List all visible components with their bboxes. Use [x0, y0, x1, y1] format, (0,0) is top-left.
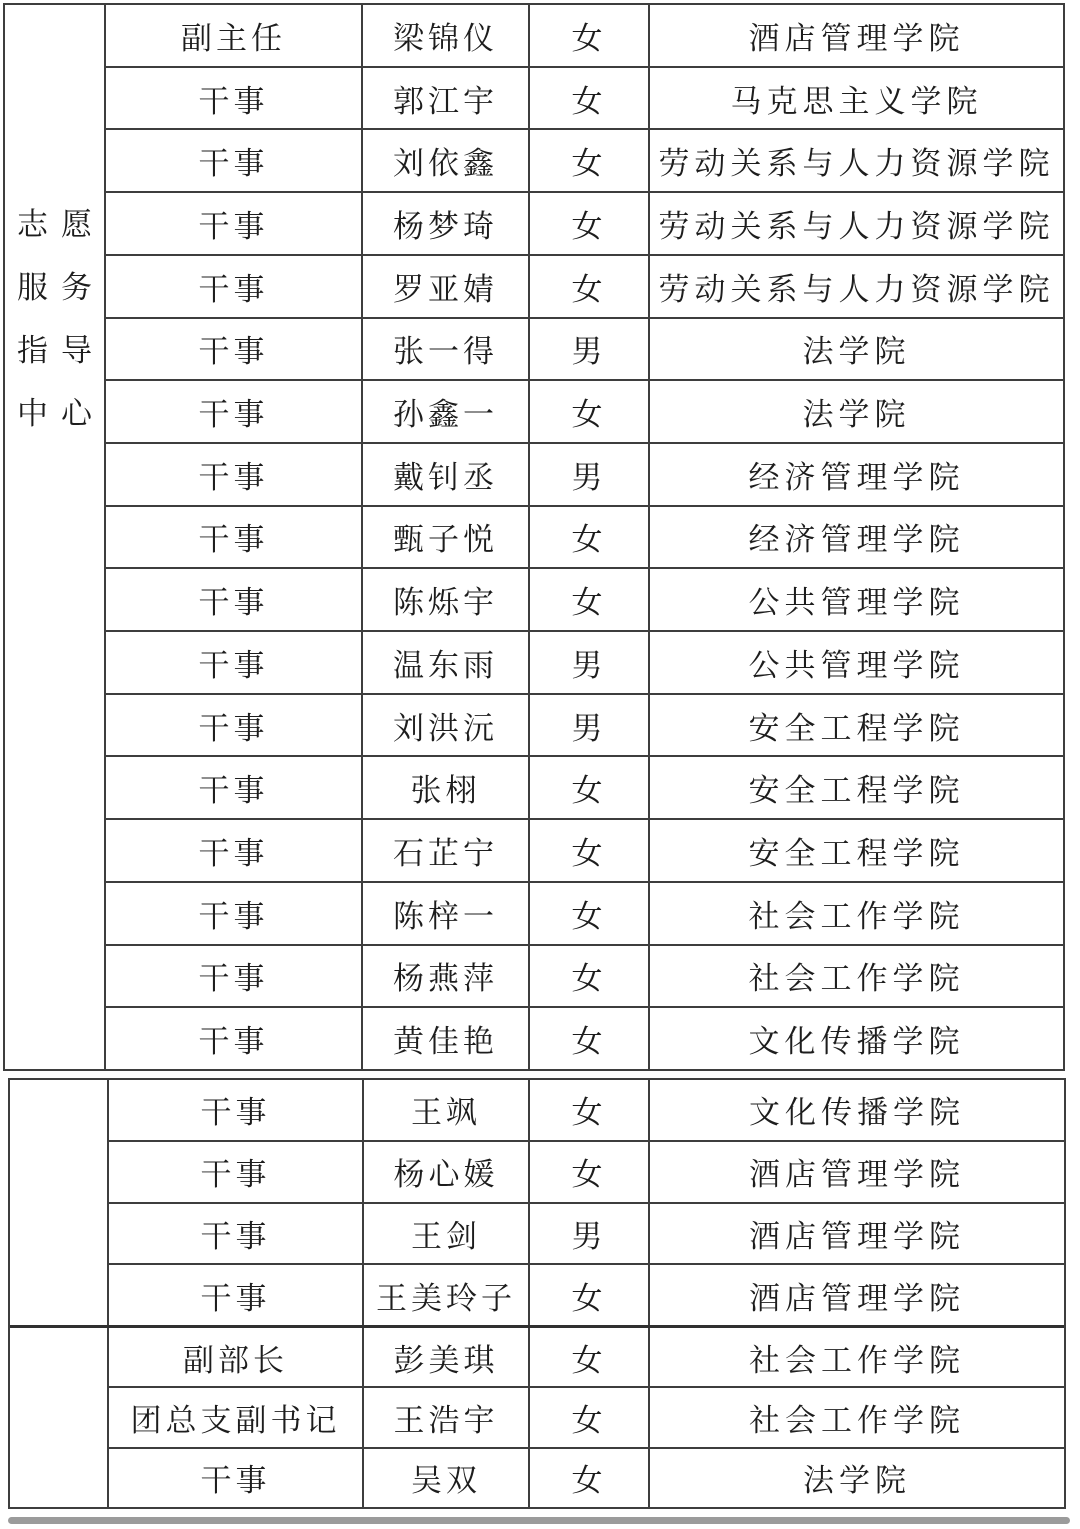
- table-row: 干事 刘依鑫 女 劳动关系与人力资源学院: [106, 128, 1063, 191]
- table-rows: 副部长 彭美琪 女 社会工作学院 团总支副书记 王浩宇 女 社会工作学院 干事 …: [109, 1328, 1064, 1507]
- college-cell: 劳动关系与人力资源学院: [648, 256, 1063, 317]
- college-cell: 社会工作学院: [648, 883, 1063, 944]
- personnel-table-page2: 干事 王飒 女 文化传播学院 干事 杨心媛 女 酒店管理学院 干事 王剑 男 酒…: [8, 1078, 1066, 1509]
- group-name-line: 志愿: [4, 194, 105, 257]
- gender-cell: 女: [528, 883, 648, 944]
- name-cell: 陈梓一: [361, 883, 528, 944]
- gender-cell: 女: [528, 68, 648, 129]
- table-row: 干事 张栩 女 安全工程学院: [106, 755, 1063, 818]
- name-cell: 杨心媛: [362, 1142, 528, 1202]
- table-row: 干事 温东雨 男 公共管理学院: [106, 630, 1063, 693]
- position-cell: 干事: [109, 1080, 362, 1140]
- table-row: 干事 黄佳艳 女 文化传播学院: [106, 1006, 1063, 1069]
- gender-cell: 女: [528, 1449, 648, 1507]
- table-section-continuation: 干事 王飒 女 文化传播学院 干事 杨心媛 女 酒店管理学院 干事 王剑 男 酒…: [10, 1080, 1064, 1325]
- position-cell: 干事: [109, 1265, 362, 1325]
- table-row: 干事 郭江宇 女 马克思主义学院: [106, 66, 1063, 129]
- position-cell: 干事: [106, 569, 361, 630]
- name-cell: 戴钊丞: [361, 444, 528, 505]
- college-cell: 劳动关系与人力资源学院: [648, 130, 1063, 191]
- gender-cell: 男: [528, 319, 648, 380]
- gender-cell: 男: [528, 444, 648, 505]
- position-cell: 干事: [106, 381, 361, 442]
- group-name-cell: 志愿 服务 指导 中心: [5, 5, 106, 1069]
- name-cell: 王飒: [362, 1080, 528, 1140]
- gender-cell: 女: [528, 5, 648, 66]
- college-cell: 公共管理学院: [648, 632, 1063, 693]
- page-break-divider: [8, 1517, 1070, 1524]
- name-cell: 温东雨: [361, 632, 528, 693]
- position-cell: 干事: [109, 1449, 362, 1507]
- position-cell: 干事: [106, 820, 361, 881]
- college-cell: 酒店管理学院: [648, 5, 1063, 66]
- gender-cell: 女: [528, 1388, 648, 1446]
- gender-cell: 男: [528, 632, 648, 693]
- name-cell: 黄佳艳: [361, 1008, 528, 1069]
- college-cell: 劳动关系与人力资源学院: [648, 193, 1063, 254]
- name-cell: 吴双: [362, 1449, 528, 1507]
- group-name-vertical-text: 志愿 服务 指导 中心: [4, 5, 105, 446]
- college-cell: 酒店管理学院: [648, 1142, 1064, 1202]
- gender-cell: 女: [528, 1142, 648, 1202]
- college-cell: 经济管理学院: [648, 507, 1063, 568]
- name-cell: 彭美琪: [362, 1328, 528, 1386]
- college-cell: 法学院: [648, 1449, 1064, 1507]
- table-row: 副部长 彭美琪 女 社会工作学院: [109, 1328, 1064, 1386]
- name-cell: 陈烁宇: [361, 569, 528, 630]
- gender-cell: 女: [528, 946, 648, 1007]
- name-cell: 罗亚婧: [361, 256, 528, 317]
- position-cell: 干事: [106, 68, 361, 129]
- name-cell: 张一得: [361, 319, 528, 380]
- position-cell: 干事: [106, 1008, 361, 1069]
- group-name-line: 指导: [4, 320, 105, 383]
- table-row: 干事 孙鑫一 女 法学院: [106, 379, 1063, 442]
- college-cell: 社会工作学院: [648, 946, 1063, 1007]
- gender-cell: 女: [528, 1265, 648, 1325]
- position-cell: 团总支副书记: [109, 1388, 362, 1446]
- position-cell: 干事: [106, 256, 361, 317]
- name-cell: 甄子悦: [361, 507, 528, 568]
- name-cell: 石芷宁: [361, 820, 528, 881]
- gender-cell: 女: [528, 569, 648, 630]
- gender-cell: 女: [528, 130, 648, 191]
- gender-cell: 男: [528, 695, 648, 756]
- name-cell: 杨燕萍: [361, 946, 528, 1007]
- position-cell: 干事: [106, 130, 361, 191]
- college-cell: 安全工程学院: [648, 757, 1063, 818]
- group-name-cell-empty: [10, 1080, 109, 1325]
- table-row: 干事 王剑 男 酒店管理学院: [109, 1202, 1064, 1264]
- college-cell: 酒店管理学院: [648, 1204, 1064, 1264]
- position-cell: 干事: [109, 1204, 362, 1264]
- gender-cell: 女: [528, 1008, 648, 1069]
- gender-cell: 女: [528, 256, 648, 317]
- college-cell: 马克思主义学院: [648, 68, 1063, 129]
- position-cell: 干事: [106, 757, 361, 818]
- position-cell: 干事: [106, 193, 361, 254]
- college-cell: 社会工作学院: [648, 1328, 1064, 1386]
- college-cell: 文化传播学院: [648, 1080, 1064, 1140]
- name-cell: 刘依鑫: [361, 130, 528, 191]
- name-cell: 王剑: [362, 1204, 528, 1264]
- college-cell: 安全工程学院: [648, 695, 1063, 756]
- table-row: 干事 甄子悦 女 经济管理学院: [106, 505, 1063, 568]
- table-row: 干事 杨燕萍 女 社会工作学院: [106, 944, 1063, 1007]
- gender-cell: 女: [528, 757, 648, 818]
- table-row: 干事 王美玲子 女 酒店管理学院: [109, 1263, 1064, 1325]
- position-cell: 副主任: [106, 5, 361, 66]
- position-cell: 干事: [106, 319, 361, 380]
- name-cell: 郭江宇: [361, 68, 528, 129]
- position-cell: 干事: [106, 507, 361, 568]
- name-cell: 张栩: [361, 757, 528, 818]
- group-name-cell-empty: [10, 1328, 109, 1507]
- position-cell: 干事: [106, 444, 361, 505]
- table-row: 干事 杨心媛 女 酒店管理学院: [109, 1140, 1064, 1202]
- gender-cell: 男: [528, 1204, 648, 1264]
- table-row: 干事 陈烁宇 女 公共管理学院: [106, 567, 1063, 630]
- table-row: 干事 戴钊丞 男 经济管理学院: [106, 442, 1063, 505]
- position-cell: 干事: [106, 632, 361, 693]
- college-cell: 社会工作学院: [648, 1388, 1064, 1446]
- table-row: 团总支副书记 王浩宇 女 社会工作学院: [109, 1386, 1064, 1446]
- table-row: 副主任 梁锦仪 女 酒店管理学院: [106, 5, 1063, 66]
- college-cell: 法学院: [648, 319, 1063, 380]
- name-cell: 王浩宇: [362, 1388, 528, 1446]
- position-cell: 干事: [106, 946, 361, 1007]
- table-section-next-group: 副部长 彭美琪 女 社会工作学院 团总支副书记 王浩宇 女 社会工作学院 干事 …: [10, 1325, 1064, 1507]
- table-row: 干事 王飒 女 文化传播学院: [109, 1080, 1064, 1140]
- group-name-line: 中心: [4, 383, 105, 446]
- table-row: 干事 石芷宁 女 安全工程学院: [106, 818, 1063, 881]
- group-name-line: 服务: [4, 257, 105, 320]
- gender-cell: 女: [528, 381, 648, 442]
- gender-cell: 女: [528, 507, 648, 568]
- personnel-table-page1: 志愿 服务 指导 中心 副主任 梁锦仪 女 酒店管理学院 干事 郭江宇 女 马克…: [3, 3, 1065, 1071]
- table-row: 干事 张一得 男 法学院: [106, 317, 1063, 380]
- position-cell: 干事: [106, 695, 361, 756]
- name-cell: 刘洪沅: [361, 695, 528, 756]
- college-cell: 文化传播学院: [648, 1008, 1063, 1069]
- gender-cell: 女: [528, 820, 648, 881]
- table-rows: 副主任 梁锦仪 女 酒店管理学院 干事 郭江宇 女 马克思主义学院 干事 刘依鑫…: [106, 5, 1063, 1069]
- table-row: 干事 刘洪沅 男 安全工程学院: [106, 693, 1063, 756]
- table-row: 干事 杨梦琦 女 劳动关系与人力资源学院: [106, 191, 1063, 254]
- name-cell: 王美玲子: [362, 1265, 528, 1325]
- college-cell: 公共管理学院: [648, 569, 1063, 630]
- college-cell: 法学院: [648, 381, 1063, 442]
- name-cell: 梁锦仪: [361, 5, 528, 66]
- position-cell: 副部长: [109, 1328, 362, 1386]
- position-cell: 干事: [106, 883, 361, 944]
- name-cell: 杨梦琦: [361, 193, 528, 254]
- table-rows: 干事 王飒 女 文化传播学院 干事 杨心媛 女 酒店管理学院 干事 王剑 男 酒…: [109, 1080, 1064, 1325]
- name-cell: 孙鑫一: [361, 381, 528, 442]
- college-cell: 经济管理学院: [648, 444, 1063, 505]
- college-cell: 安全工程学院: [648, 820, 1063, 881]
- table-row: 干事 罗亚婧 女 劳动关系与人力资源学院: [106, 254, 1063, 317]
- gender-cell: 女: [528, 193, 648, 254]
- table-row: 干事 吴双 女 法学院: [109, 1447, 1064, 1507]
- position-cell: 干事: [109, 1142, 362, 1202]
- table-row: 干事 陈梓一 女 社会工作学院: [106, 881, 1063, 944]
- college-cell: 酒店管理学院: [648, 1265, 1064, 1325]
- gender-cell: 女: [528, 1080, 648, 1140]
- gender-cell: 女: [528, 1328, 648, 1386]
